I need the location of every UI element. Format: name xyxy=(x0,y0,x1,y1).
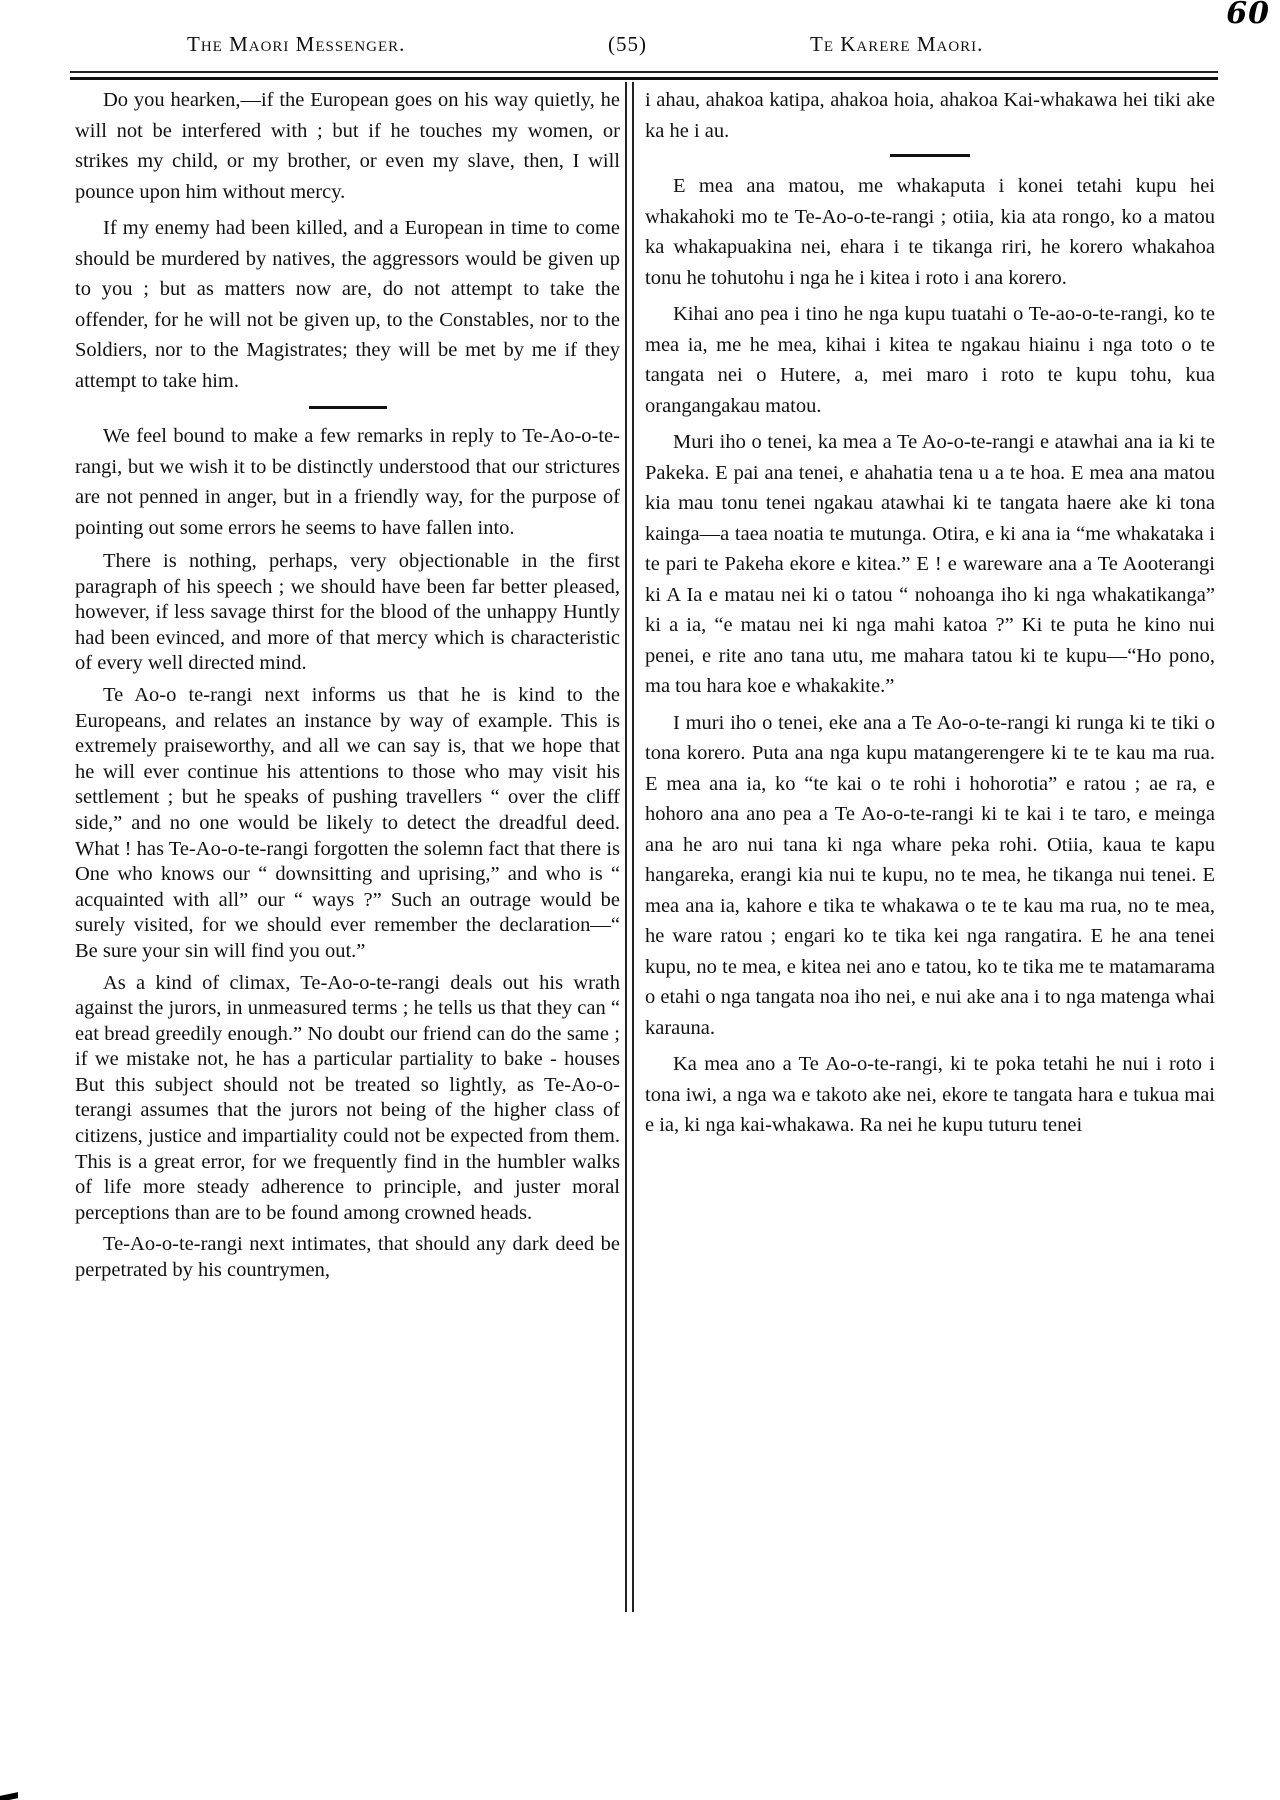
paragraph-mi-3: Kihai ano pea i tino he nga kupu tuatahi… xyxy=(645,299,1215,421)
header-rule-thin xyxy=(70,71,1218,73)
paragraph-mi-6: Ka mea ano a Te Ao-o-te-rangi, ki te pok… xyxy=(645,1049,1215,1141)
header-title-english: The Maori Messenger. xyxy=(187,32,405,57)
paragraph-en-1: Do you hearken,—if the European goes on … xyxy=(75,85,620,207)
header-page-number: (55) xyxy=(608,32,647,57)
handwritten-page-mark: 60 xyxy=(1226,0,1270,31)
section-separator xyxy=(309,406,387,409)
paragraph-en-7: Te-Ao-o-te-rangi next intimates, that sh… xyxy=(75,1232,620,1283)
paragraph-mi-4: Muri iho o tenei, ka mea a Te Ao-o-te-ra… xyxy=(645,427,1215,702)
scan-corner-mark xyxy=(0,1792,18,1800)
paragraph-en-4: There is nothing, perhaps, very objectio… xyxy=(75,549,620,677)
column-divider-right-line xyxy=(632,82,634,1612)
maori-column: i ahau, ahakoa katipa, ahakoa hoia, ahak… xyxy=(645,85,1215,1147)
paragraph-en-6: As a kind of climax, Te-Ao-o-te-rangi de… xyxy=(75,971,620,1227)
paragraph-mi-2: E mea ana matou, me whakaputa i konei te… xyxy=(645,171,1215,293)
paragraph-mi-1: i ahau, ahakoa katipa, ahakoa hoia, ahak… xyxy=(645,85,1215,146)
page-header: The Maori Messenger. (55) Te Karere Maor… xyxy=(70,32,1220,62)
paragraph-en-5: Te Ao-o te-rangi next informs us that he… xyxy=(75,683,620,965)
section-separator xyxy=(890,154,970,157)
english-column: Do you hearken,—if the European goes on … xyxy=(75,85,620,1290)
paragraph-en-2: If my enemy had been killed, and a Europ… xyxy=(75,213,620,396)
header-rule-thick xyxy=(70,77,1218,80)
paragraph-en-3: We feel bound to make a few remarks in r… xyxy=(75,421,620,543)
header-title-maori: Te Karere Maori. xyxy=(810,32,983,57)
paragraph-mi-5: I muri iho o tenei, eke ana a Te Ao-o-te… xyxy=(645,708,1215,1044)
column-divider-left-line xyxy=(625,82,627,1612)
